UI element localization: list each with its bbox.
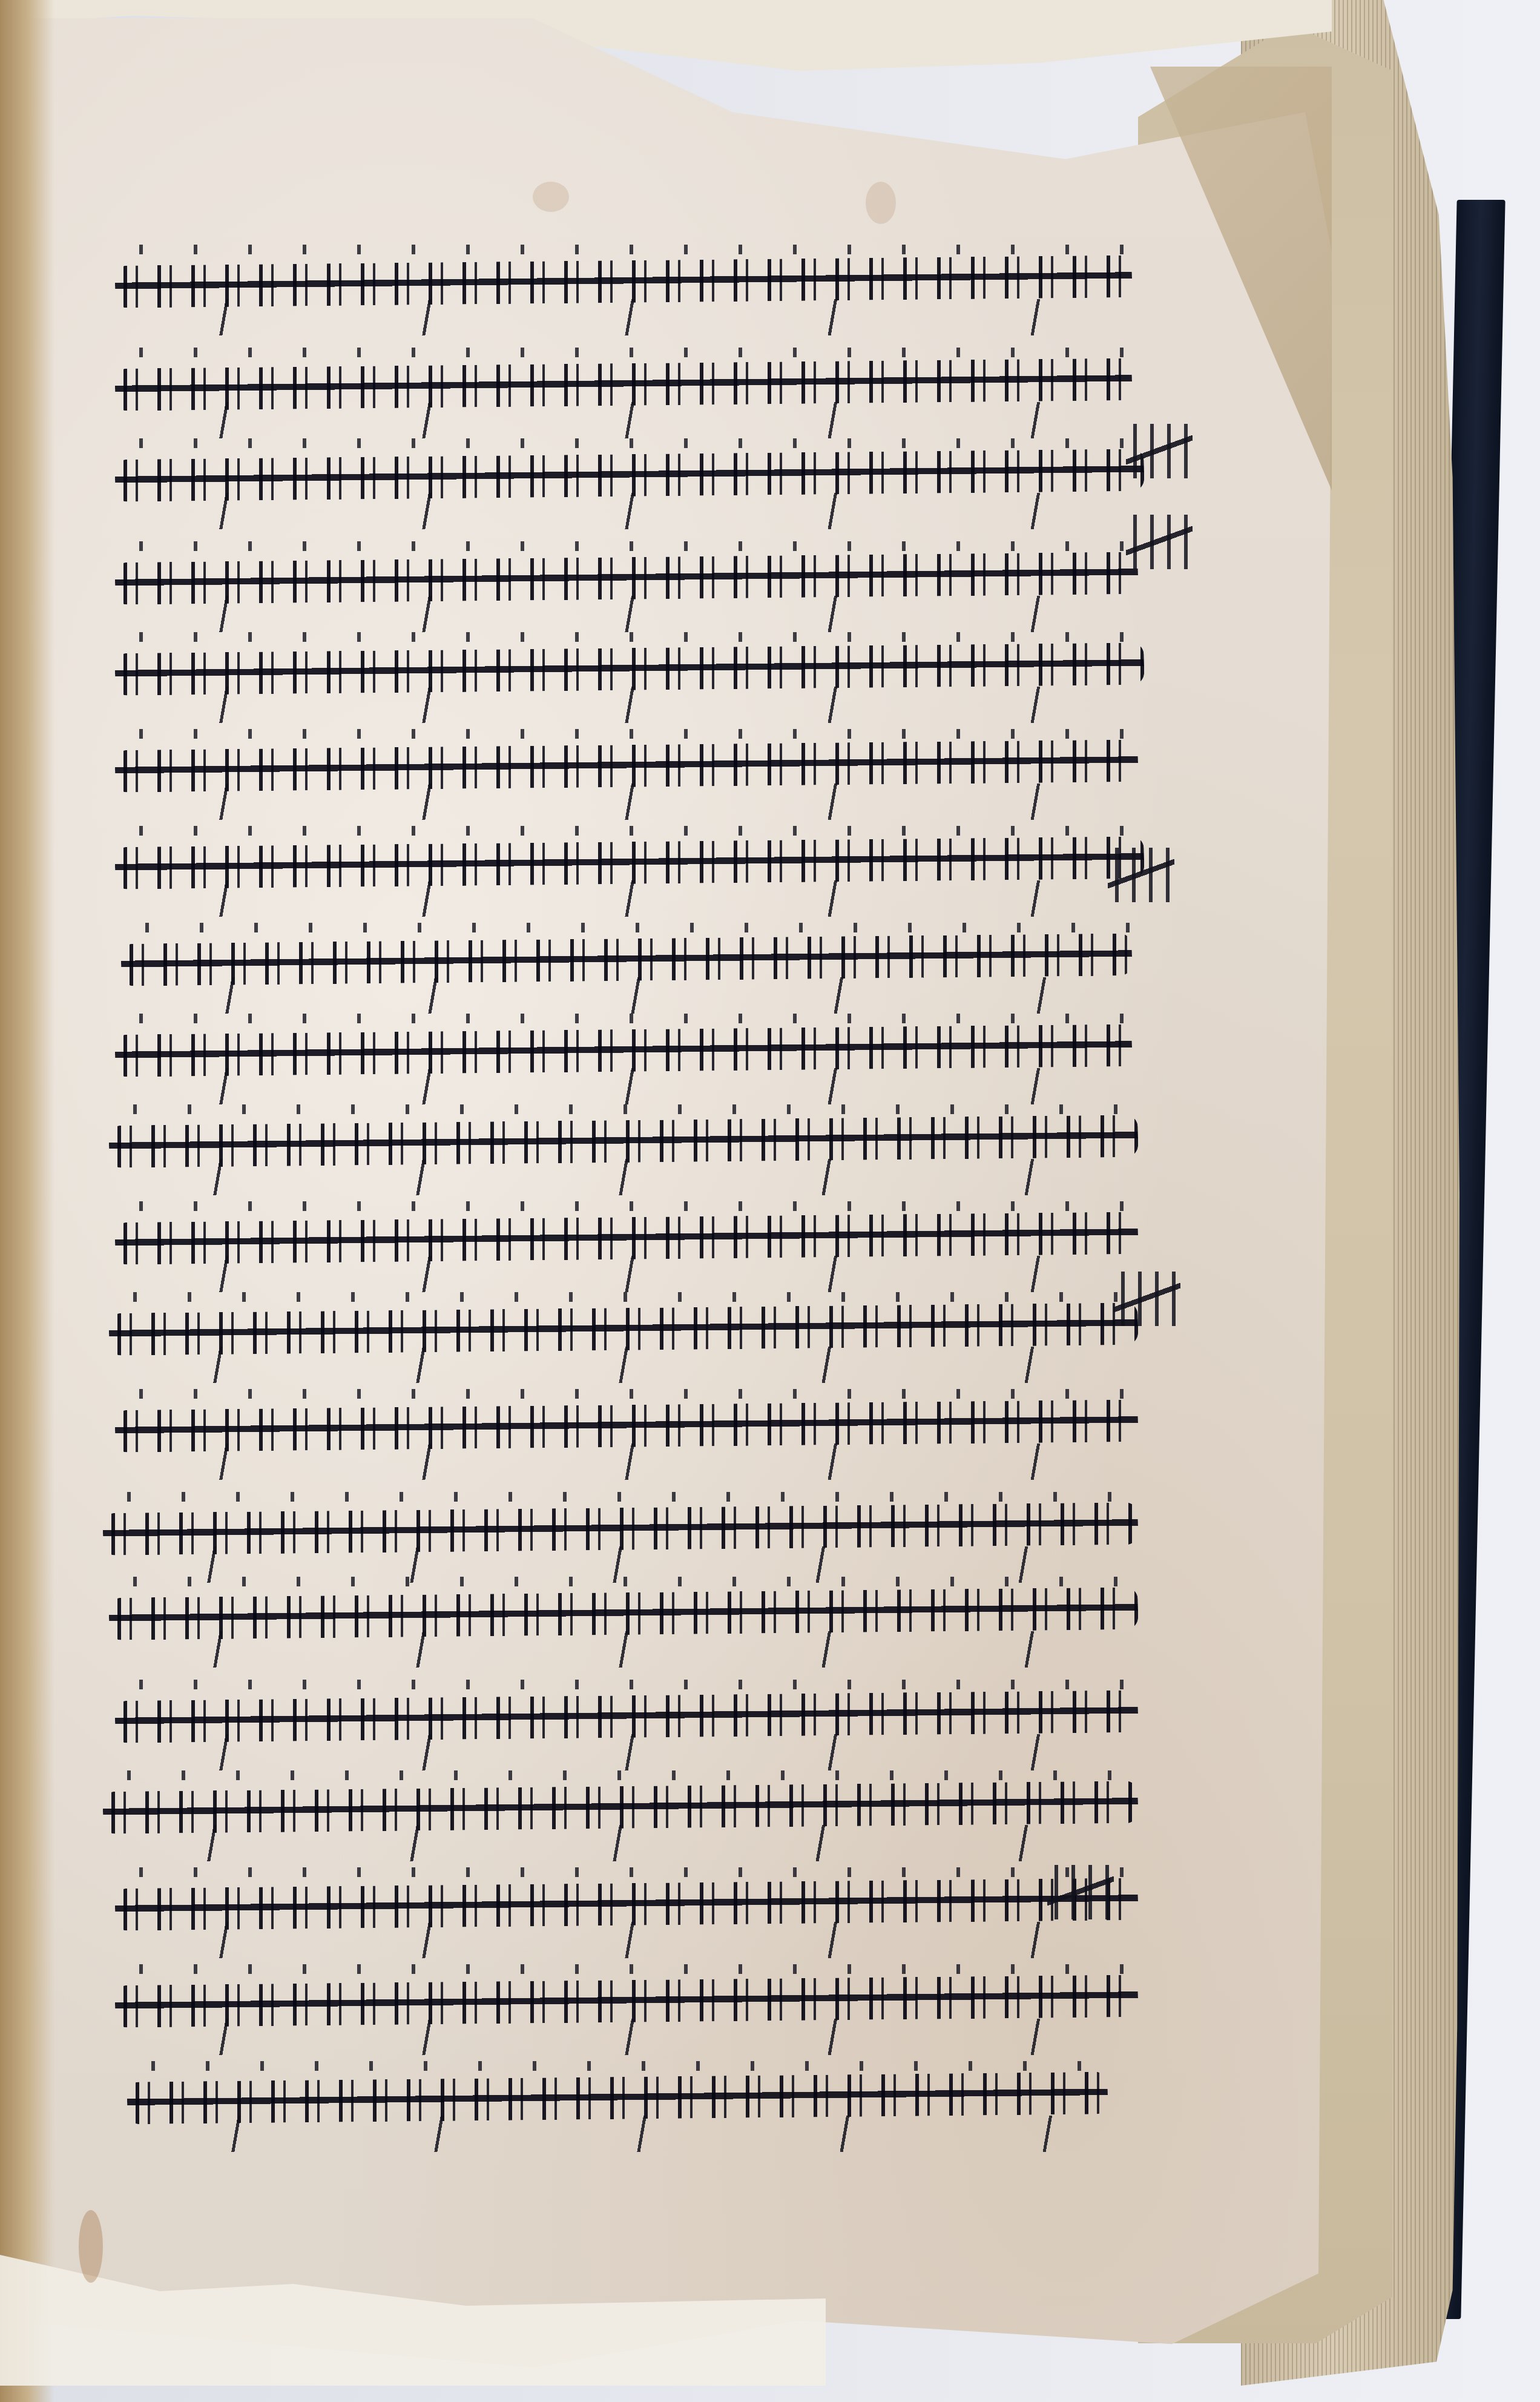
manuscript-line — [115, 363, 1132, 406]
diacritic-dots — [115, 1867, 1138, 1877]
margin-note — [1126, 515, 1193, 569]
stain — [533, 182, 569, 212]
diacritic-dots — [115, 826, 1144, 836]
margin-note — [1126, 424, 1193, 478]
gutter-shadow — [0, 0, 54, 2402]
diacritic-dots — [109, 1292, 1138, 1302]
stain — [79, 2210, 103, 2283]
manuscript-line — [103, 1508, 1138, 1550]
diacritic-dots — [115, 1014, 1132, 1023]
manuscript-line — [115, 842, 1144, 884]
descender-strokes — [115, 1734, 1138, 1770]
margin-note — [1114, 1272, 1180, 1326]
diacritic-dots — [115, 632, 1144, 642]
diacritic-dots — [115, 541, 1138, 551]
manuscript-line — [115, 1695, 1138, 1738]
diacritic-dots — [121, 923, 1132, 932]
manuscript-line — [115, 1405, 1138, 1447]
diacritic-dots — [127, 2061, 1108, 2071]
diacritic-dots — [103, 1492, 1138, 1502]
manuscript-photo: Handwritten Persian manuscript page in s… — [0, 0, 1540, 2402]
manuscript-line — [115, 1980, 1138, 2022]
manuscript-line — [127, 2077, 1108, 2119]
diacritic-dots — [115, 245, 1132, 254]
margin-note — [1047, 1865, 1114, 1919]
diacritic-dots — [115, 1201, 1138, 1211]
descender-strokes — [127, 2116, 1108, 2152]
diacritic-dots — [115, 1389, 1138, 1399]
manuscript-line — [115, 1029, 1132, 1072]
diacritic-dots — [115, 1680, 1138, 1689]
descender-strokes — [115, 687, 1144, 723]
diacritic-dots — [115, 1964, 1138, 1974]
descender-strokes — [115, 2019, 1138, 2055]
manuscript-line — [115, 745, 1138, 787]
manuscript-line — [109, 1308, 1138, 1350]
descender-strokes — [115, 1444, 1138, 1480]
descender-strokes — [115, 493, 1144, 529]
descender-strokes — [115, 880, 1144, 917]
manuscript-line — [115, 648, 1144, 690]
manuscript-line — [109, 1592, 1138, 1635]
diacritic-dots — [115, 438, 1144, 448]
diacritic-dots — [109, 1104, 1138, 1114]
margin-note — [1108, 848, 1174, 902]
descender-strokes — [115, 299, 1132, 335]
manuscript-line — [115, 557, 1138, 599]
diacritic-dots — [115, 729, 1138, 739]
diacritic-dots — [109, 1577, 1138, 1586]
diacritic-dots — [115, 348, 1132, 357]
manuscript-line — [109, 1120, 1138, 1163]
descender-strokes — [115, 1256, 1138, 1292]
manuscript-line — [103, 1786, 1138, 1829]
manuscript-line — [115, 454, 1144, 497]
descender-strokes — [115, 402, 1132, 438]
descender-strokes — [109, 1159, 1138, 1195]
descender-strokes — [115, 784, 1138, 820]
manuscript-line — [115, 1883, 1138, 1925]
manuscript-line — [121, 939, 1132, 981]
descender-strokes — [115, 1068, 1132, 1104]
diacritic-dots — [103, 1770, 1138, 1780]
descender-strokes — [103, 1825, 1138, 1861]
descender-strokes — [121, 977, 1132, 1014]
descender-strokes — [109, 1347, 1138, 1383]
stain — [866, 182, 896, 224]
descender-strokes — [115, 596, 1138, 632]
descender-strokes — [109, 1631, 1138, 1668]
descender-strokes — [115, 1922, 1138, 1958]
manuscript-line — [115, 1217, 1138, 1259]
manuscript-line — [115, 260, 1132, 303]
